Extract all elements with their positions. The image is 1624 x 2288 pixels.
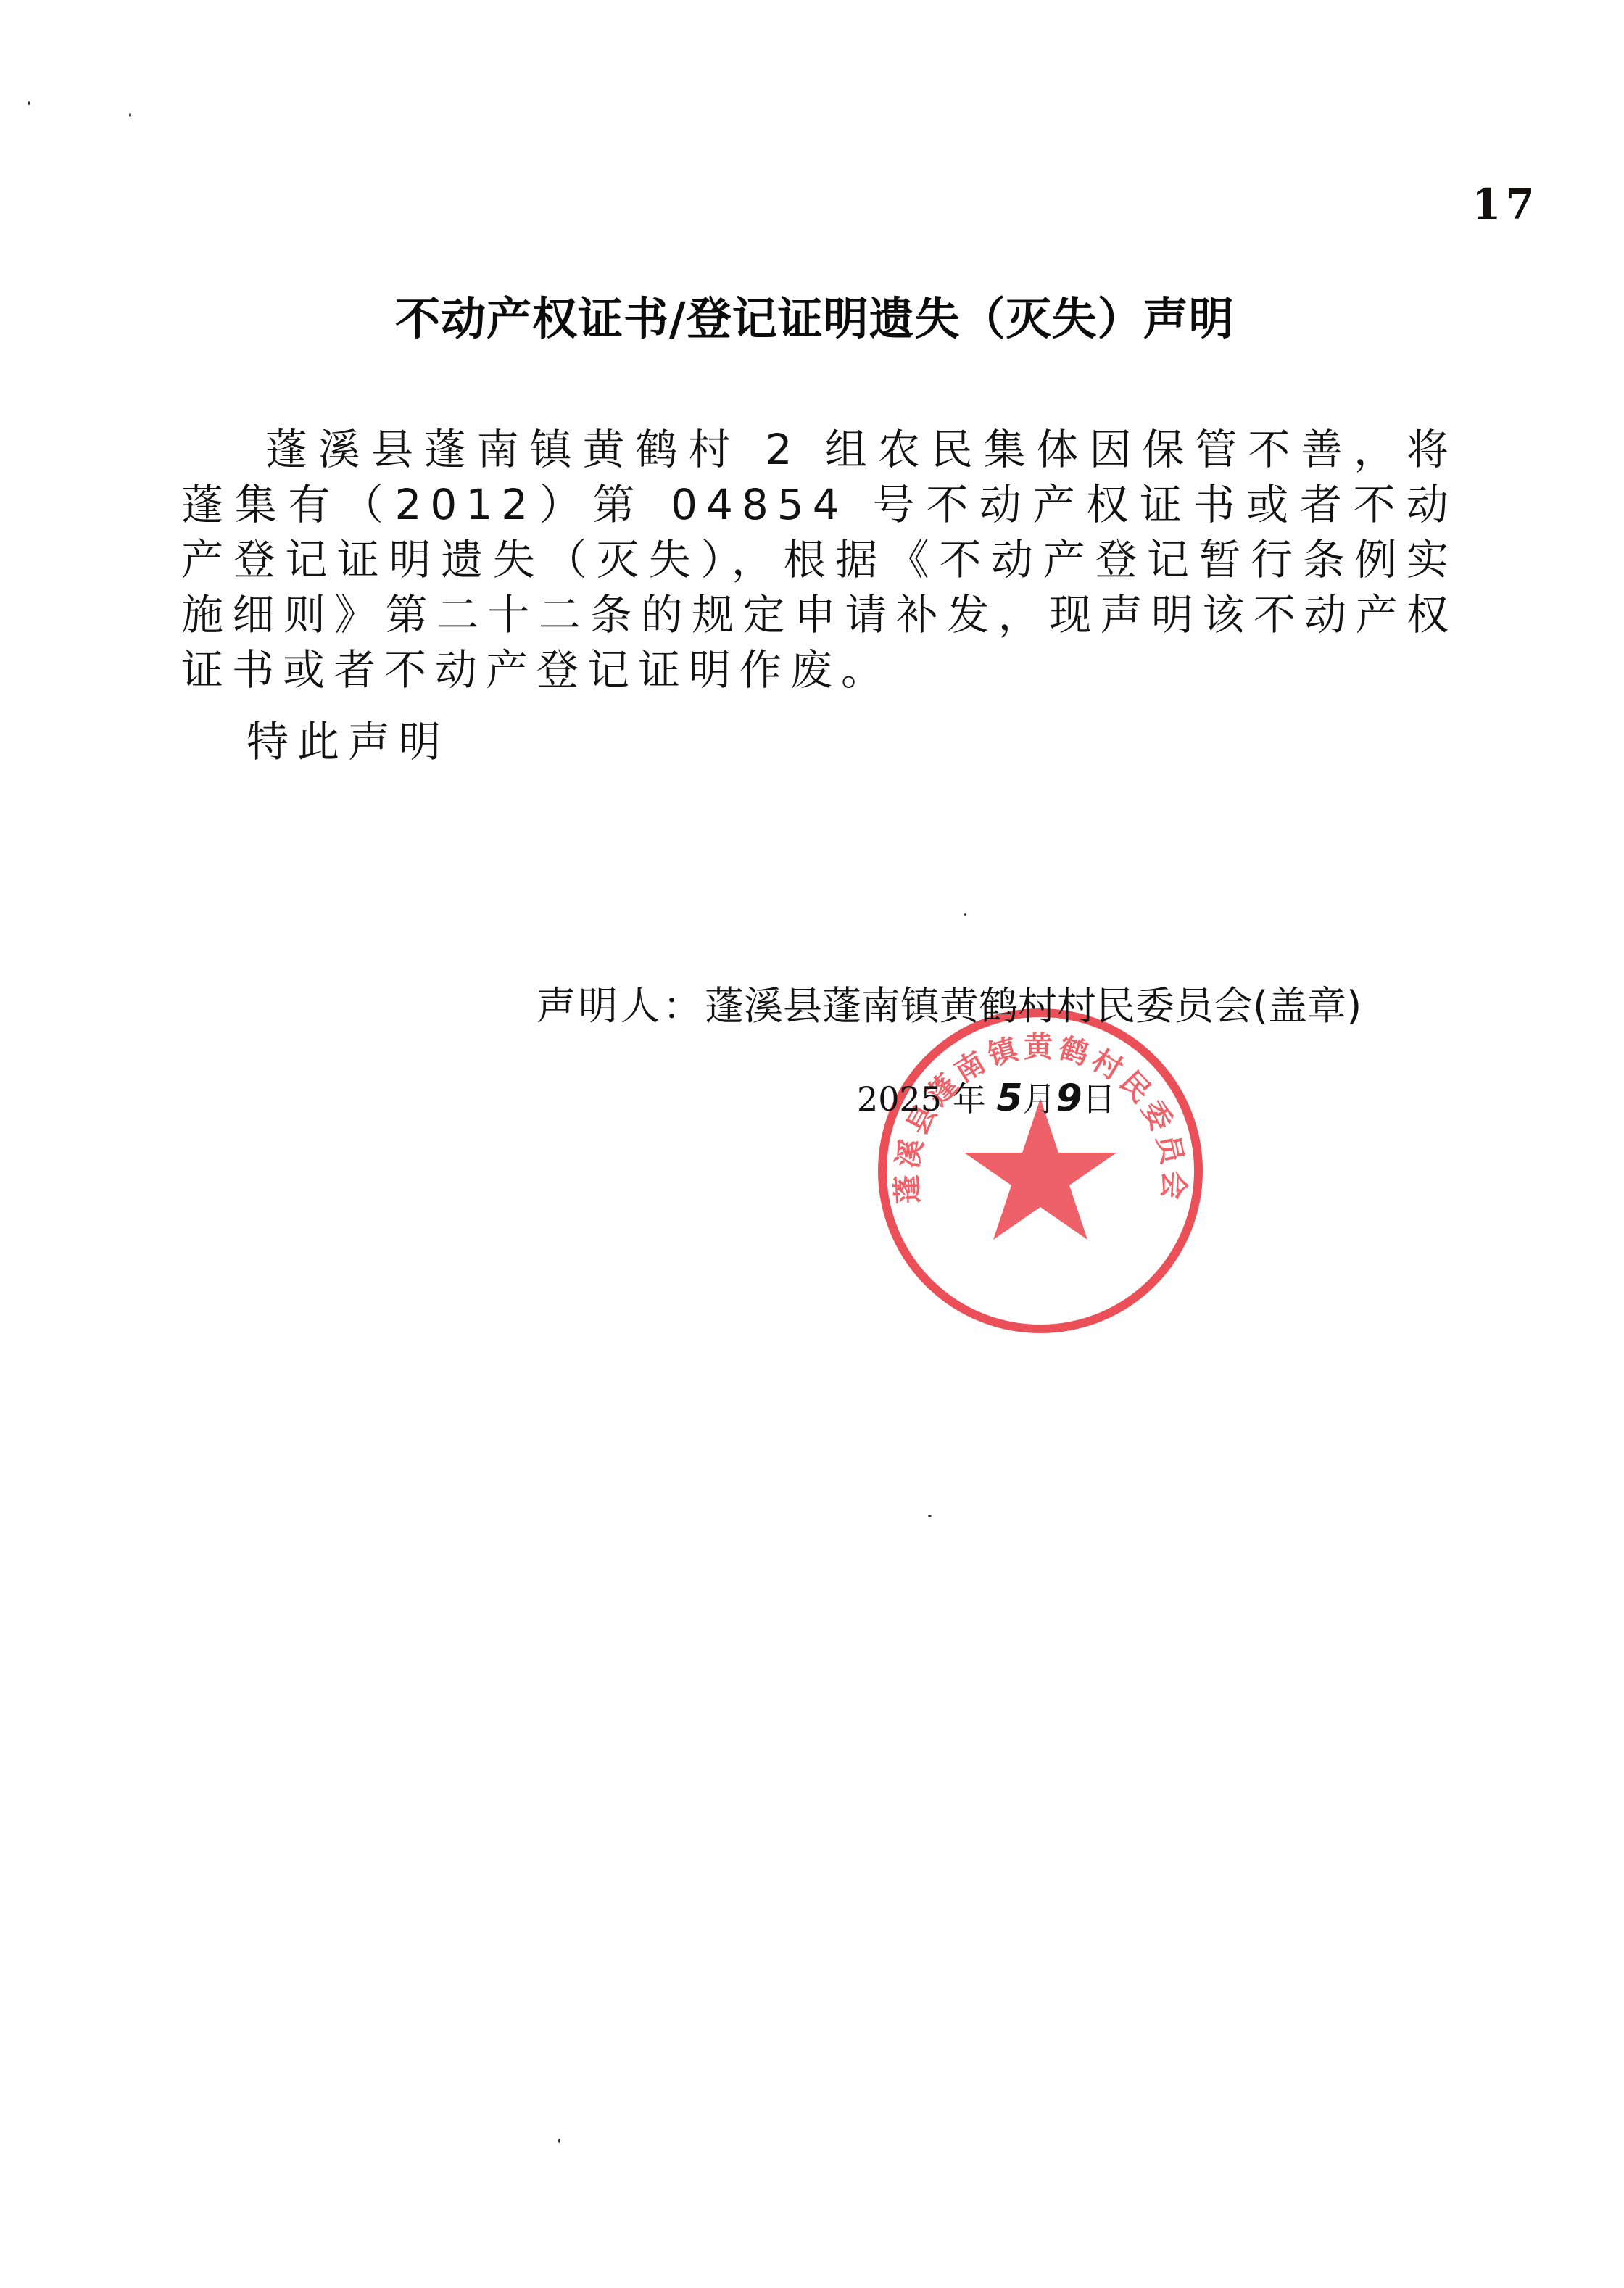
official-seal-stamp: 蓬溪县蓬南镇黄鹤村民委员会 [874, 1004, 1207, 1338]
declaration-body: 蓬溪县蓬南镇黄鹤村 2 组农民集体因保管不善，将蓬集有（2012）第 04854… [181, 422, 1457, 697]
scan-speck [964, 913, 966, 916]
declarant-name: 蓬溪县蓬南镇黄鹤村村民委员会 [705, 983, 1253, 1029]
scan-speck [928, 1515, 932, 1517]
document-page: 17 不动产权证书/登记证明遗失（灭失）声明 蓬溪县蓬南镇黄鹤村 2 组农民集体… [0, 0, 1624, 2288]
date-day: 9 [1056, 1077, 1082, 1120]
page-number: 17 [1472, 180, 1539, 229]
body-paragraph: 蓬溪县蓬南镇黄鹤村 2 组农民集体因保管不善，将蓬集有（2012）第 04854… [181, 422, 1457, 697]
declarant-line: 声明人：蓬溪县蓬南镇黄鹤村村民委员会(盖章) [536, 980, 1362, 1032]
scan-speck [558, 2139, 560, 2143]
closing-phrase: 特此声明 [246, 714, 449, 769]
date-year: 2025 [857, 1079, 942, 1119]
document-title: 不动产权证书/登记证明遗失（灭失）声明 [395, 290, 1309, 348]
date-day-unit: 日 [1082, 1079, 1116, 1119]
date-year-unit: 年 [942, 1079, 986, 1119]
date-month: 5 [996, 1077, 1022, 1120]
declarant-label: 声明人： [536, 983, 705, 1029]
declaration-date: 2025 年 5月9日 [857, 1077, 1116, 1121]
date-month-unit: 月 [1023, 1079, 1056, 1119]
scan-speck [28, 101, 30, 105]
scan-speck [129, 113, 131, 117]
seal-note: (盖章) [1253, 983, 1362, 1029]
